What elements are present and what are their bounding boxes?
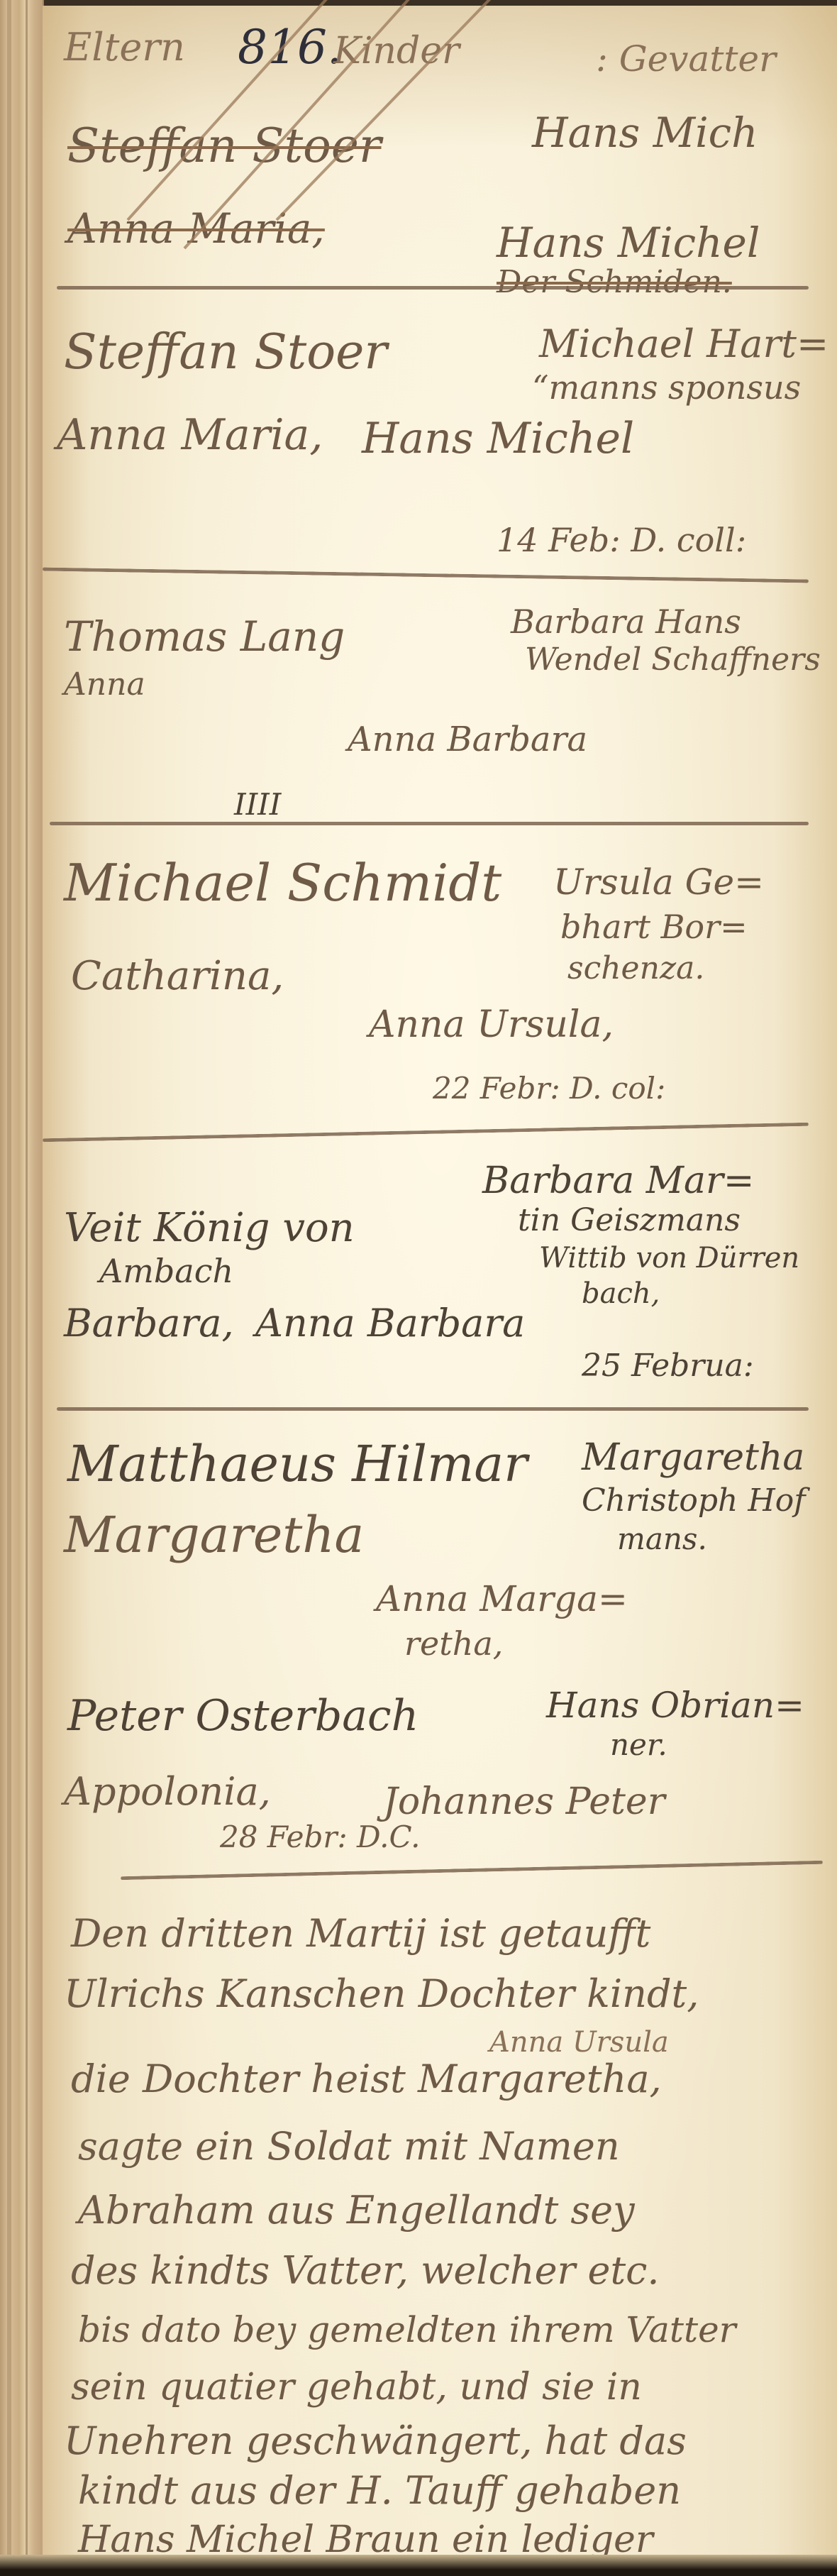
entry-3-date: 22 Febr: D. col:: [433, 1074, 665, 1103]
binding-strip: [26, 0, 28, 2576]
entry-divider: [43, 568, 809, 583]
entry-5-godparent-1: Margaretha: [582, 1439, 804, 1476]
entry-4-godparent-3: Wittib von Dürren: [539, 1244, 799, 1272]
entry-2-father: Thomas Lang: [64, 616, 345, 657]
entry-2-child: Anna Barbara: [348, 722, 587, 756]
entry-3-mother: Catharina,: [71, 957, 284, 996]
entry-4-godparent-4: bach,: [582, 1279, 660, 1308]
narrative-insert: Anna Ursula: [489, 2028, 669, 2057]
entry-divider: [43, 1123, 809, 1143]
entry-3-godparent-3: schenza.: [567, 953, 704, 984]
entry-divider: [57, 1407, 809, 1411]
entry-5-child-1: Anna Marga=: [376, 1581, 628, 1617]
entry-1-godparent-1: Michael Hart=: [539, 325, 828, 363]
narrative-line-8: sein quatier gehabt, und sie in: [71, 2369, 642, 2406]
binding-strip: [7, 0, 11, 2576]
entry-1-date: 14 Feb: D. coll:: [497, 524, 746, 556]
scan-bottom-edge: [0, 2555, 837, 2576]
entry-2-godparent-2: Wendel Schaffners: [525, 644, 821, 676]
cancelled-godparent-3: Der Schmiden.: [497, 267, 732, 298]
entry-6-child: Johannes Peter: [383, 1783, 665, 1820]
entry-2-godparent-1: Barbara Hans: [511, 605, 741, 638]
narrative-line-5: Abraham aus Engellandt sey: [78, 2191, 635, 2230]
entry-4-godparent-2: tin Geiszmans: [518, 1205, 741, 1236]
entry-5-father: Matthaeus Hilmar: [67, 1439, 528, 1489]
narrative-line-3: die Dochter heist Margaretha,: [71, 2060, 662, 2098]
register-page: Eltern 816. Kinder : Gevatter Steffan St…: [43, 6, 837, 2555]
narrative-line-7: bis dato bey gemeldten ihrem Vatter: [78, 2312, 736, 2347]
entry-4-mother: Barbara,: [64, 1304, 234, 1343]
entry-divider: [50, 822, 809, 825]
entry-5-godparent-3: mans.: [617, 1524, 707, 1554]
entry-divider: [121, 1861, 823, 1880]
narrative-line-10: kindt aus der H. Tauff gehaben: [78, 2472, 681, 2510]
narrative-line-1: Den dritten Martij ist getaufft: [71, 1915, 650, 1953]
entry-6-father: Peter Osterbach: [67, 1695, 418, 1737]
cancelled-mother: Anna Maria,: [67, 208, 325, 249]
entry-4-father-origin: Ambach: [99, 1255, 233, 1287]
narrative-line-2: Ulrichs Kanschen Dochter kindt,: [64, 1975, 699, 2013]
entry-5-mother: Margaretha: [64, 1510, 364, 1560]
entry-1-godparent-2: “manns sponsus: [532, 371, 801, 404]
entry-1-father: Steffan Stoer: [64, 329, 387, 377]
entry-6-godparent-2: ner.: [610, 1730, 667, 1760]
entry-4-father: Veit König von: [64, 1209, 355, 1248]
tally-mark: IIII: [234, 790, 281, 820]
narrative-line-11: Hans Michel Braun ein lediger: [78, 2521, 653, 2558]
entry-6-godparent-1: Hans Obrian=: [546, 1688, 804, 1723]
cancelled-father: Steffan Stoer: [67, 123, 381, 170]
narrative-line-9: Unehren geschwängert, hat das: [64, 2422, 687, 2460]
entry-5-child-2: retha,: [404, 1627, 503, 1660]
entry-6-mother: Appolonia,: [64, 1773, 271, 1811]
entry-4-date: 25 Februa:: [582, 1350, 754, 1382]
narrative-line-6: des kindts Vatter, welcher etc.: [71, 2252, 660, 2290]
narrative-line-4: sagte ein Soldat mit Namen: [78, 2128, 620, 2166]
entry-3-godparent-1: Ursula Ge=: [553, 864, 764, 900]
entry-2-mother: Anna: [64, 669, 145, 700]
entry-3-child: Anna Ursula,: [369, 1006, 614, 1043]
entry-1-mother: Anna Maria,: [57, 414, 323, 456]
entry-6-date: 28 Febr: D.C.: [220, 1822, 420, 1852]
scan-top-edge: [0, 0, 837, 6]
page-number: 816.: [238, 20, 342, 75]
header-godparents: : Gevatter: [596, 41, 776, 77]
header-parents: Eltern: [64, 28, 185, 67]
entry-divider: [57, 286, 809, 290]
entry-4-child: Anna Barbara: [255, 1304, 525, 1343]
cancelled-godparent-2: Hans Michel: [497, 222, 760, 263]
book-binding-edge: [0, 0, 44, 2576]
entry-3-father: Michael Schmidt: [64, 857, 501, 908]
entry-5-godparent-2: Christoph Hof: [582, 1485, 806, 1517]
entry-3-godparent-2: bhart Bor=: [560, 910, 748, 943]
entry-1-child: Hans Michel: [362, 417, 634, 460]
cancelled-godparent: Hans Mich: [532, 112, 758, 153]
entry-4-godparent-1: Barbara Mar=: [482, 1162, 754, 1199]
